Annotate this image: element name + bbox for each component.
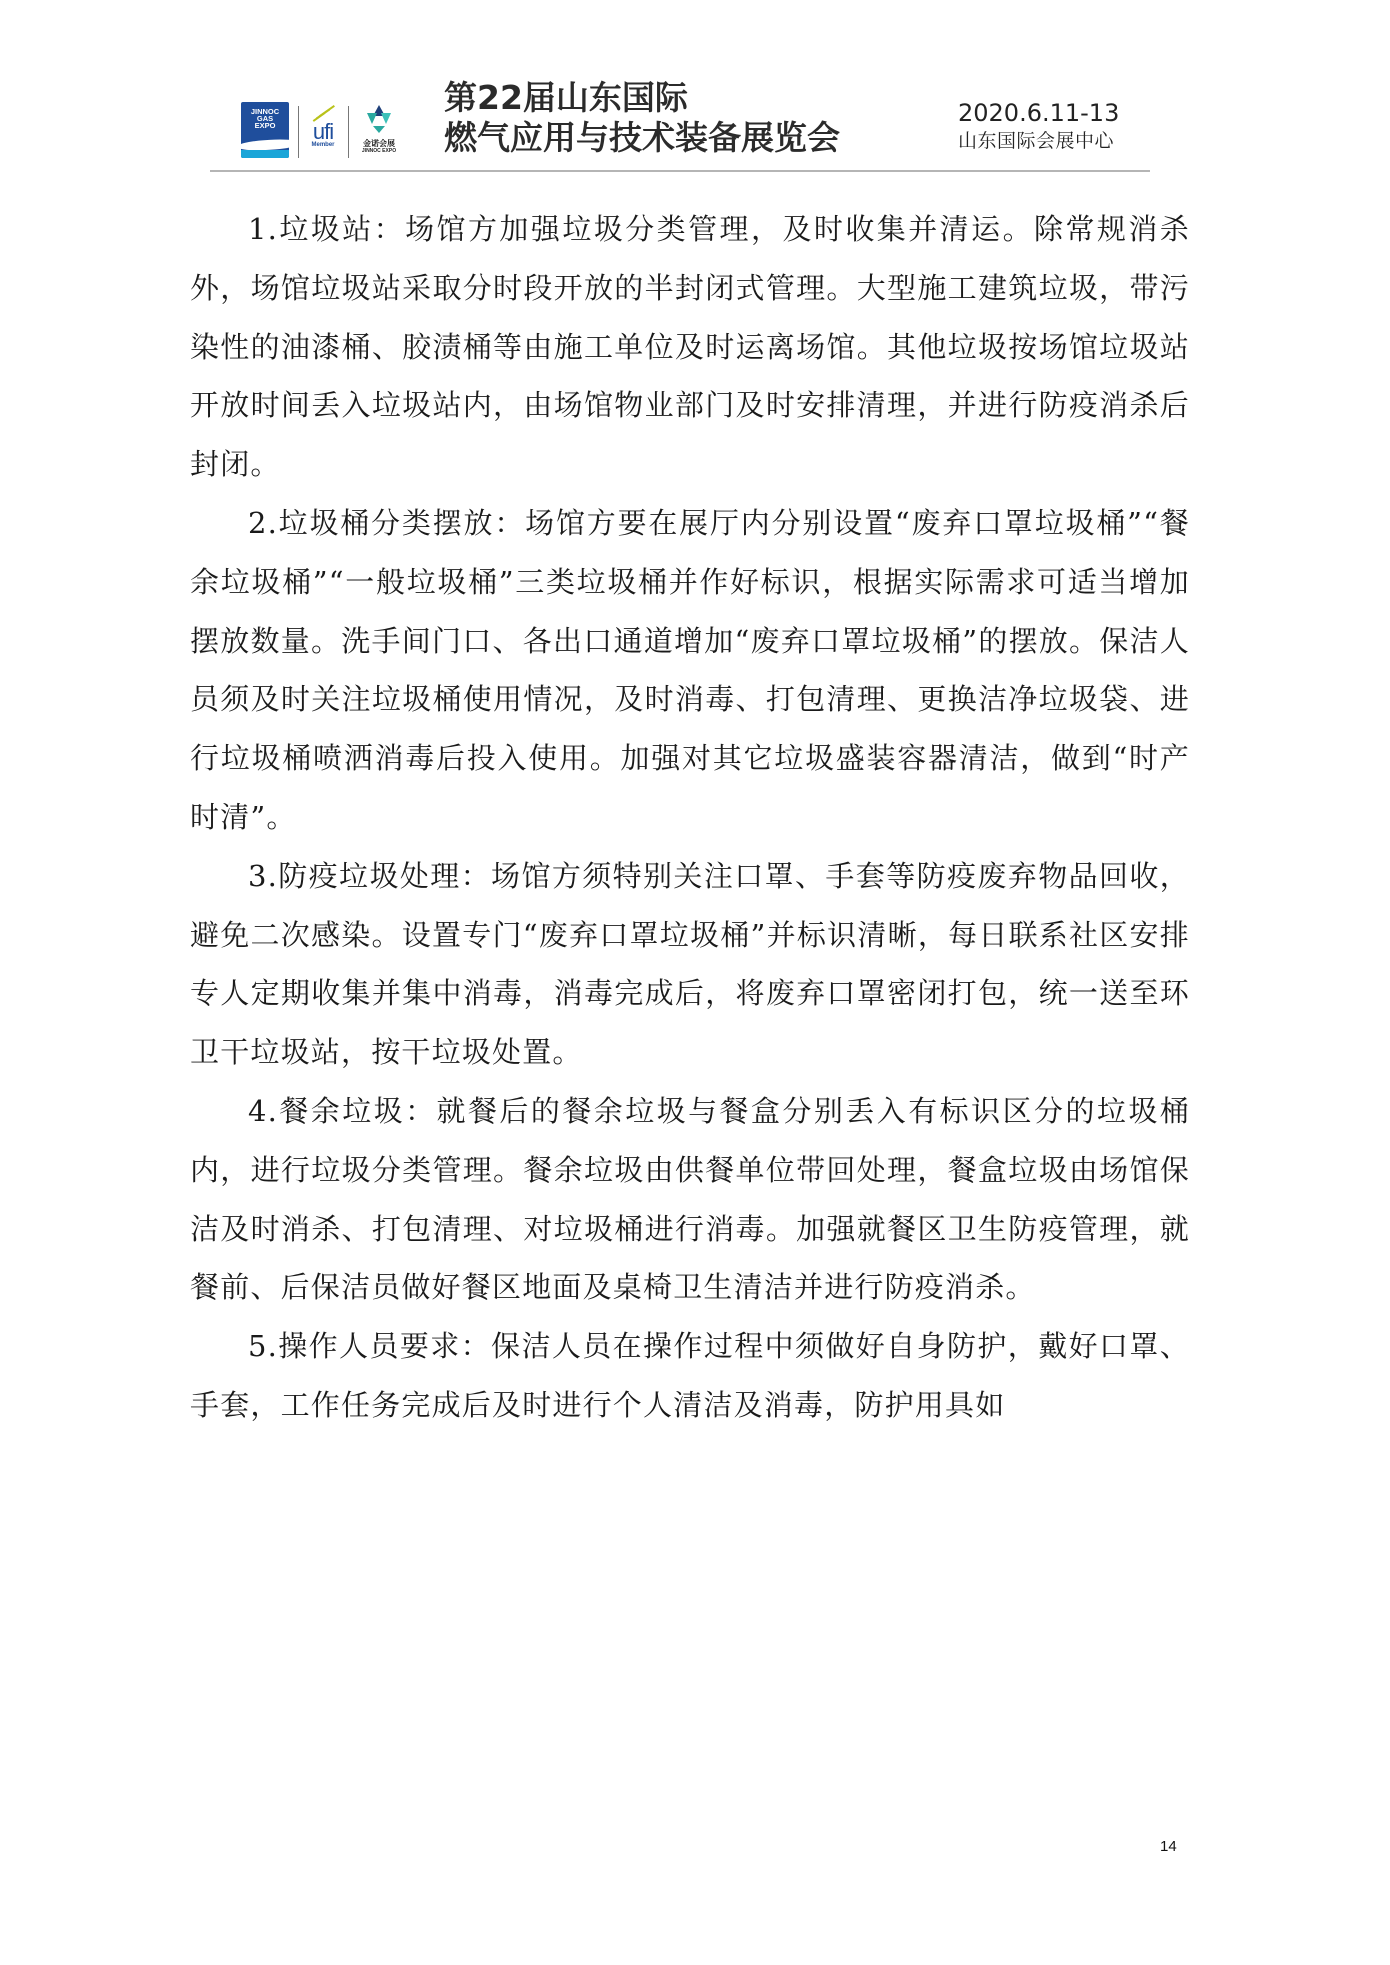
- jinnoc-expo-en: JINNOC EXPO: [354, 148, 404, 154]
- paragraph-food-waste: 4.餐余垃圾：就餐后的餐余垃圾与餐盒分别丢入有标识区分的垃圾桶内，进行垃圾分类管…: [190, 1082, 1190, 1317]
- paragraph-garbage-station: 1.垃圾站：场馆方加强垃圾分类管理，及时收集并清运。除常规消杀外，场馆垃圾站采取…: [190, 200, 1190, 494]
- logo-divider: [348, 106, 349, 158]
- ufi-member-logo: ufi Member: [306, 104, 340, 160]
- ufi-member-label: Member: [306, 142, 340, 148]
- jinnoc-expo-cn: 金诺会展: [354, 139, 404, 148]
- page-header: JINNOC GAS EXPO ufi Member 金诺会展 JINNOC E…: [236, 78, 1156, 168]
- jinnoc-gas-expo-logo: JINNOC GAS EXPO: [241, 102, 289, 158]
- ufi-swoosh-icon: [306, 104, 340, 122]
- event-title: 第22届山东国际 燃气应用与技术装备展览会: [444, 78, 840, 158]
- event-venue: 山东国际会展中心: [958, 128, 1119, 154]
- event-meta: 2020.6.11-13 山东国际会展中心: [958, 98, 1119, 154]
- paragraph-epidemic-waste: 3.防疫垃圾处理：场馆方须特别关注口罩、手套等防疫废弃物品回收，避免二次感染。设…: [190, 847, 1190, 1082]
- star-triangle-icon: [363, 104, 395, 134]
- logo-divider: [298, 106, 299, 158]
- page-number: 14: [1160, 1838, 1177, 1855]
- ufi-wordmark: ufi: [306, 122, 340, 142]
- jinnoc-expo-logo: 金诺会展 JINNOC EXPO: [354, 104, 404, 160]
- document-body: 1.垃圾站：场馆方加强垃圾分类管理，及时收集并清运。除常规消杀外，场馆垃圾站采取…: [190, 200, 1190, 1435]
- wave-band-icon: [241, 150, 289, 158]
- header-divider: [210, 170, 1150, 172]
- paragraph-staff-requirements: 5.操作人员要求：保洁人员在操作过程中须做好自身防护，戴好口罩、手套，工作任务完…: [190, 1317, 1190, 1435]
- event-title-line2: 燃气应用与技术装备展览会: [444, 118, 840, 158]
- event-title-line1: 第22届山东国际: [444, 78, 840, 118]
- event-date: 2020.6.11-13: [958, 98, 1119, 128]
- paragraph-bin-placement: 2.垃圾桶分类摆放：场馆方要在展厅内分别设置“废弃口罩垃圾桶”“餐余垃圾桶”“一…: [190, 494, 1190, 847]
- logo-text-line: EXPO: [241, 122, 289, 129]
